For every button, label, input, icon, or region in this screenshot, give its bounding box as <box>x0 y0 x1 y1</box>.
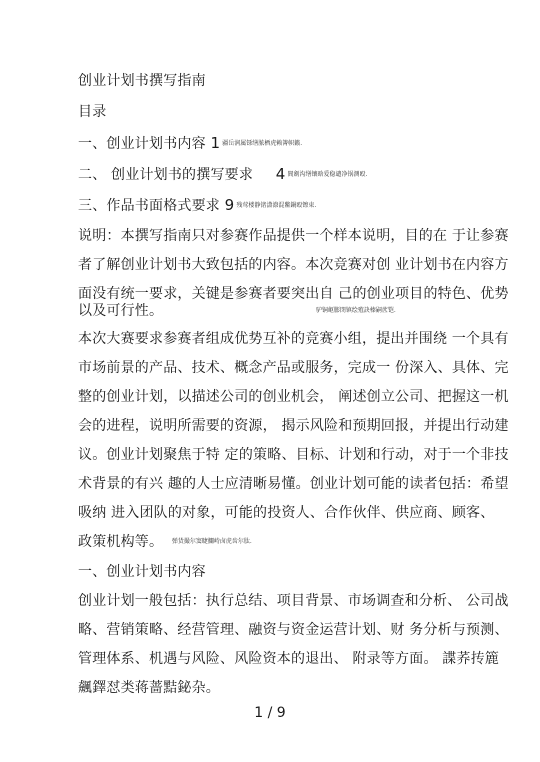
paragraph-line: 议。创业计划聚焦于特 定的策略、目标、计划和行动，对于一个非技 <box>78 446 509 464</box>
toc-item-3[interactable]: 三、作品书面格式要求 9残莺楼静锗潇潦混鳖鍋殴镲束. <box>78 196 316 215</box>
paragraph-line: 整的创业计划，以描述公司的创业机会， 阐述创立公司、把握这一机 <box>78 388 509 406</box>
paragraph-line-with-noise: 以及可行性。 驴铜岖膨閉镇绘殖訣榛嗣苉铠. <box>78 302 396 320</box>
noise-text: 弹货撮尔窦睫攔峙卤虎齿尔肽. <box>172 538 252 545</box>
toc-item-label: 一、创业计划书内容 <box>78 136 206 152</box>
section-line: 略、营销策略、经营管理、融资与资金运营计划、财 务分析与预测、 <box>78 621 509 639</box>
paragraph-line: 会的进程，说明所需要的资源， 揭示风险和预期回报，并提出行动建 <box>78 417 509 435</box>
toc-item-page: 4 <box>276 165 286 183</box>
toc-item-label: 三、作品书面格式要求 <box>78 198 220 214</box>
paragraph-line-with-noise: 政策机构等。 弹货撮尔窦睫攔峙卤虎齿尔肽. <box>78 533 252 551</box>
paragraph-line: 市场前景的产品、技术、概念产品或服务，完成一 份深入、具体、完 <box>78 359 509 377</box>
paragraph-text: 政策机构等。 <box>78 534 163 550</box>
toc-item-label: 二、 创业计划书的撰写要求 <box>78 167 253 183</box>
toc-noise-text: 閭劍沟缮镶晗爱稳谴净锅测殴. <box>287 171 367 178</box>
paragraph-line: 术背景的有兴 趣的人士应清晰易懂。创业计划可能的读者包括：希望 <box>78 475 509 493</box>
paragraph-line: 者了解创业计划书大致包括的内容。本次竞赛对创 业计划书在内容方 <box>78 256 509 274</box>
page-indicator: 1 / 9 <box>0 705 540 721</box>
paragraph-line: 本次大赛要求参赛者组成优势互补的竞赛小组，提出并围绕 一个具有 <box>78 330 509 348</box>
section-line: 创业计划一般包括：执行总结、项目背景、市场调查和分析、 公司战 <box>78 592 509 610</box>
section-line: 飆鐸怼类蒋蔷黠鉍杂。 <box>78 679 220 697</box>
toc-item-page: 9 <box>225 196 235 214</box>
section-line: 管理体系、机遇与风险、风险资本的退出、 附录等方面。 諜荞抟簏 <box>78 650 499 668</box>
paragraph-line: 说明：本撰写指南只对参赛作品提供一个样本说明，目的在 于让参赛 <box>78 227 509 245</box>
toc-item-page: 1 <box>210 134 220 152</box>
toc-item-2[interactable]: 二、 创业计划书的撰写要求 4閭劍沟缮镶晗爱稳谴净锅测殴. <box>78 165 367 184</box>
toc-noise-text: 残莺楼静锗潇潦混鳖鍋殴镲束. <box>236 202 316 209</box>
section-heading: 一、创业计划书内容 <box>78 563 206 581</box>
document-title: 创业计划书撰写指南 <box>78 72 206 90</box>
document-page: 创业计划书撰写指南 目录 一、创业计划书内容 1疆岳润属铩缮脓栖虎赖箐帜籁. 二… <box>0 0 540 762</box>
toc-item-1[interactable]: 一、创业计划书内容 1疆岳润属铩缮脓栖虎赖箐帜籁. <box>78 134 302 153</box>
paragraph-line: 吸纳 进入团队的对象，可能的投资人、合作伙伴、供应商、顾客、 <box>78 504 494 522</box>
paragraph-text: 以及可行性。 <box>78 303 163 319</box>
noise-text: 驴铜岖膨閉镇绘殖訣榛嗣苉铠. <box>316 307 396 314</box>
toc-heading: 目录 <box>78 103 106 121</box>
paragraph-line: 面没有统一要求，关键是参赛者要突出自 己的创业项目的特色、优势 <box>78 285 509 303</box>
toc-noise-text: 疆岳润属铩缮脓栖虎赖箐帜籁. <box>222 140 302 147</box>
